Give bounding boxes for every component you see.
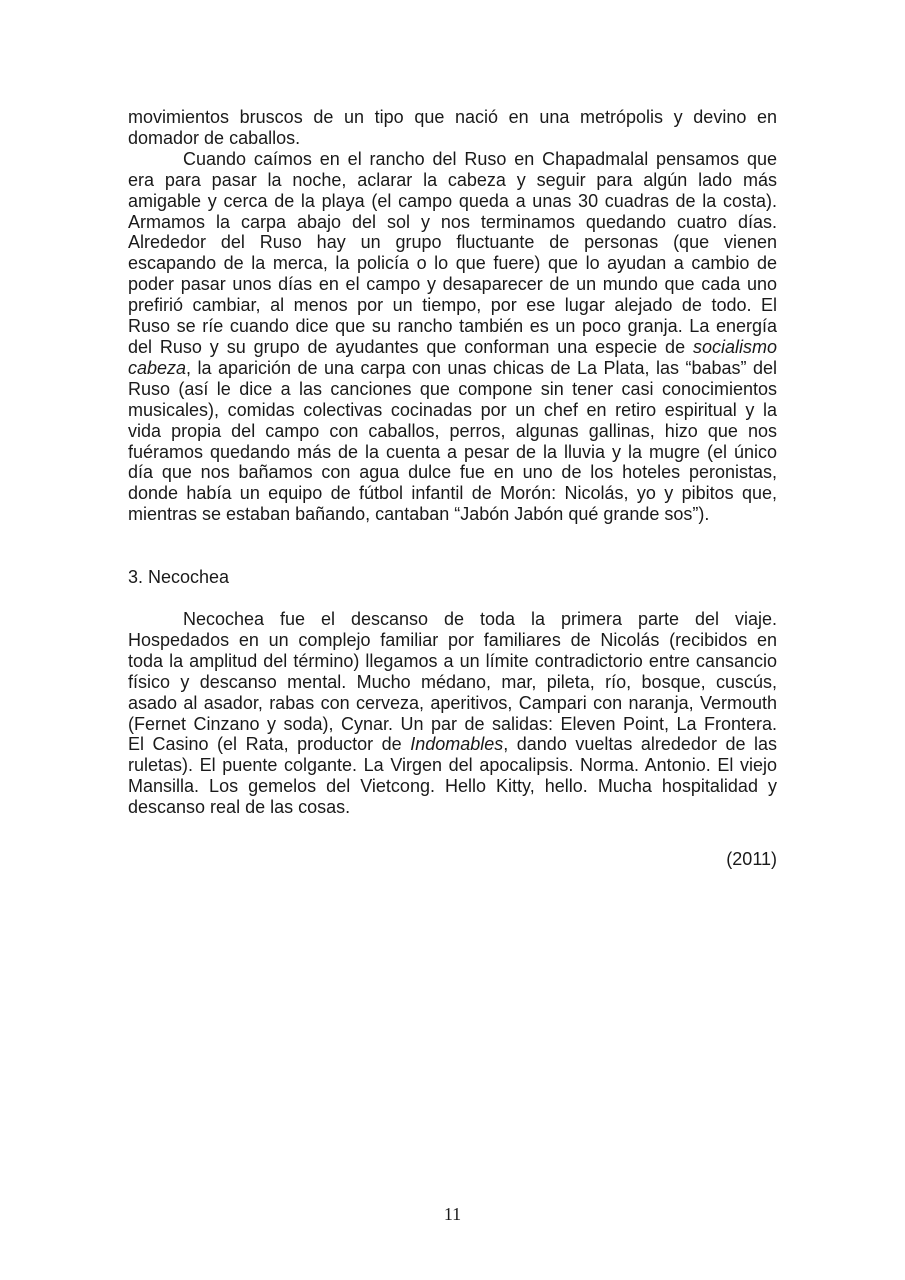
text-segment: escapando de la merca, la policía o lo q… [128, 253, 777, 273]
text-line: Hospedados en un complejo familiar por f… [128, 630, 777, 651]
page-number: 11 [0, 1204, 905, 1225]
text-line: día que nos bañamos con agua dulce fue e… [128, 462, 777, 483]
italic-text: cabeza [128, 358, 186, 378]
text-line: Armamos la carpa abajo del sol y nos ter… [128, 212, 777, 233]
text-segment: era para pasar la noche, aclarar la cabe… [128, 170, 777, 190]
text-segment: Cuando caímos en el rancho del Ruso en C… [183, 149, 777, 169]
italic-text: socialismo [693, 337, 777, 357]
text-segment: vida propia del campo con caballos, perr… [128, 421, 777, 441]
text-segment: El Casino (el Rata, productor de [128, 734, 410, 754]
document-page: movimientos bruscos de un tipo que nació… [0, 0, 905, 1280]
text-line: Mansilla. Los gemelos del Vietcong. Hell… [128, 776, 777, 797]
text-segment: descanso real de las cosas. [128, 797, 350, 817]
text-segment: Alrededor del Ruso hay un grupo fluctuan… [128, 232, 777, 252]
text-line: domador de caballos. [128, 128, 777, 149]
text-segment: amigable y cerca de la playa (el campo q… [128, 191, 777, 211]
text-line: vida propia del campo con caballos, perr… [128, 421, 777, 442]
text-line: Alrededor del Ruso hay un grupo fluctuan… [128, 232, 777, 253]
text-segment: (Fernet Cinzano y soda), Cynar. Un par d… [128, 714, 777, 734]
text-segment: Necochea fue el descanso de toda la prim… [183, 609, 777, 629]
text-line: donde había un equipo de fútbol infantil… [128, 483, 777, 504]
text-line: toda la amplitud del término) llegamos a… [128, 651, 777, 672]
text-segment: prefirió cambiar, al menos por un tiempo… [128, 295, 777, 315]
paragraph-necochea: Necochea fue el descanso de toda la prim… [128, 609, 777, 818]
text-segment: día que nos bañamos con agua dulce fue e… [128, 462, 777, 482]
text-segment: Armamos la carpa abajo del sol y nos ter… [128, 212, 777, 232]
text-line: movimientos bruscos de un tipo que nació… [128, 107, 777, 128]
text-segment: domador de caballos. [128, 128, 300, 148]
text-line: (Fernet Cinzano y soda), Cynar. Un par d… [128, 714, 777, 735]
text-segment: Hospedados en un complejo familiar por f… [128, 630, 777, 650]
text-line: cabeza, la aparición de una carpa con un… [128, 358, 777, 379]
text-segment: ruletas). El puente colgante. La Virgen … [128, 755, 777, 775]
text-line: era para pasar la noche, aclarar la cabe… [128, 170, 777, 191]
text-segment: Mansilla. Los gemelos del Vietcong. Hell… [128, 776, 777, 796]
date-label: (2011) [128, 849, 777, 870]
text-segment: Ruso (así le dice a las canciones que co… [128, 379, 777, 399]
italic-text: Indomables [410, 734, 503, 754]
text-line: prefirió cambiar, al menos por un tiempo… [128, 295, 777, 316]
text-line: musicales), comidas colectivas cocinadas… [128, 400, 777, 421]
text-line: El Casino (el Rata, productor de Indomab… [128, 734, 777, 755]
text-blocks: movimientos bruscos de un tipo que nació… [128, 107, 777, 870]
text-segment: mientras se estaban bañando, cantaban “J… [128, 504, 709, 524]
text-segment: fuéramos quedando más de la cuenta a pes… [128, 442, 777, 462]
text-line: Cuando caímos en el rancho del Ruso en C… [128, 149, 777, 170]
text-segment: asado al asador, rabas con cerveza, aper… [128, 693, 777, 713]
text-line: descanso real de las cosas. [128, 797, 777, 818]
paragraph-chapadmalal: Cuando caímos en el rancho del Ruso en C… [128, 149, 777, 525]
text-segment: , dando vueltas alrededor de las [503, 734, 777, 754]
text-line: asado al asador, rabas con cerveza, aper… [128, 693, 777, 714]
text-line: Ruso (así le dice a las canciones que co… [128, 379, 777, 400]
text-line: poder pasar unos días en el campo y desa… [128, 274, 777, 295]
text-line: amigable y cerca de la playa (el campo q… [128, 191, 777, 212]
text-segment: movimientos bruscos de un tipo que nació… [128, 107, 777, 127]
text-segment: poder pasar unos días en el campo y desa… [128, 274, 777, 294]
text-line: Ruso se ríe cuando dice que su rancho ta… [128, 316, 777, 337]
text-segment: Ruso se ríe cuando dice que su rancho ta… [128, 316, 777, 336]
text-line: del Ruso y su grupo de ayudantes que con… [128, 337, 777, 358]
text-line: ruletas). El puente colgante. La Virgen … [128, 755, 777, 776]
text-segment: toda la amplitud del término) llegamos a… [128, 651, 777, 671]
text-segment: del Ruso y su grupo de ayudantes que con… [128, 337, 693, 357]
text-line: físico y descanso mental. Mucho médano, … [128, 672, 777, 693]
text-segment: donde había un equipo de fútbol infantil… [128, 483, 777, 503]
text-segment: , la aparición de una carpa con unas chi… [186, 358, 777, 378]
text-line: fuéramos quedando más de la cuenta a pes… [128, 442, 777, 463]
text-line: mientras se estaban bañando, cantaban “J… [128, 504, 777, 525]
text-segment: musicales), comidas colectivas cocinadas… [128, 400, 777, 420]
text-line: Necochea fue el descanso de toda la prim… [128, 609, 777, 630]
text-segment: físico y descanso mental. Mucho médano, … [128, 672, 777, 692]
paragraph-continuation: movimientos bruscos de un tipo que nació… [128, 107, 777, 149]
section-heading-necochea: 3. Necochea [128, 567, 777, 588]
text-line: escapando de la merca, la policía o lo q… [128, 253, 777, 274]
